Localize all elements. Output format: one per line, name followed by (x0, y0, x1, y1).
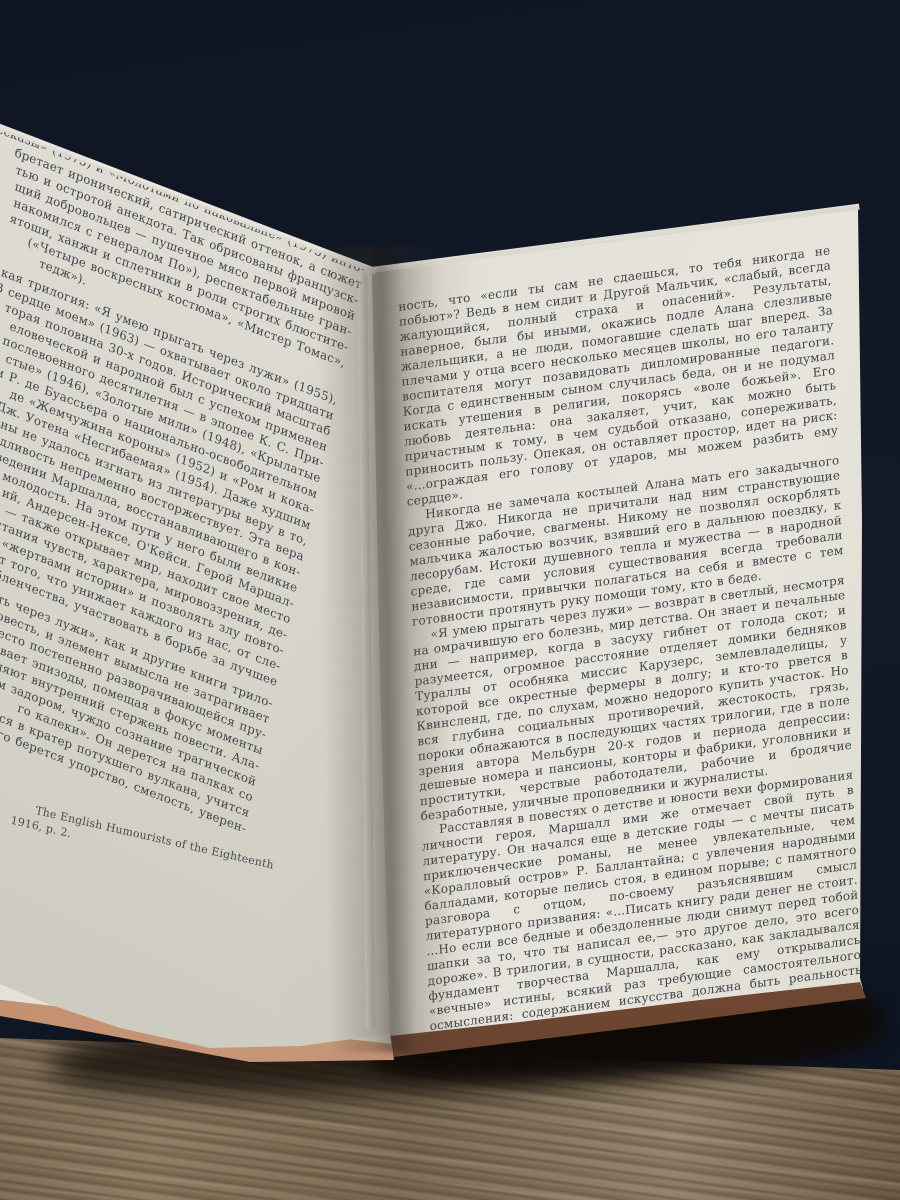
text-line: вляют внутренний стержень повести. Ала- (0, 541, 261, 774)
text-line: гать через лужи», как и другие книги три… (0, 478, 274, 711)
text-line: бретает иронический, сатирический оттено… (0, 60, 363, 293)
text-line: от того, что унижает каждого из нас, от … (0, 441, 282, 674)
text-line: обленчества, участвовать в борьбе за луч… (0, 457, 279, 690)
text-line: го калеки». Он дерется на палках со (0, 572, 254, 805)
text-line: овесть, и элемент вымысла не затрагивает (0, 494, 271, 727)
text-line: и молодость. На этом пути у него были ве… (0, 363, 299, 596)
left-page-paragraph-3: гать через лужи», как и другие книги три… (0, 478, 274, 837)
text-line: е послевоенного десятилетия — в эпопее К… (0, 238, 326, 471)
book-photo-scene: чувствие слабым, бедным, угнетенным, нес… (0, 0, 900, 1200)
text-line: ским задором, чуждо сознание трагической (0, 556, 258, 789)
paragraph-gap (0, 169, 340, 393)
text-line: стые» (1946), «Золотые мили» (1948), «Кр… (0, 253, 322, 486)
text-line: де «Жемчужина короны» (1952) и «Ром и ко… (0, 285, 316, 518)
left-page-footnote: The English Humourists of the Eighteenth… (0, 761, 275, 887)
right-page-text: ность, что «если ты сам не сдаешься, то … (398, 243, 864, 1069)
text-line: ссказы» (1973) и «Молотами по наковальне… (0, 44, 367, 277)
text-line: у него берется упорство, смелость, увере… (0, 603, 248, 836)
text-line: щий добровольцев — пушечное мясо первой … (0, 91, 357, 324)
text-line: и Р. де Буассьера о национально-освободи… (0, 269, 319, 502)
text-line: 1916, p. 2. (0, 776, 72, 841)
text-line: еловеческой и народной был с успехом при… (0, 222, 329, 455)
text-line: Дж. Уотена «Несгибаемая» (1954). Даже ху… (0, 300, 312, 533)
text-line: Вместо постепенно разворачивающейся пру- (0, 510, 268, 743)
text-line: ть «жертвами истории» и позволять злу по… (0, 425, 286, 658)
text-line: едливость непременно восторжествует. Эта… (0, 332, 306, 565)
text-line: тся в кратер потухшего вулкана, учится (0, 588, 251, 821)
text-line: ий, Андерсен-Нексе, О'Кейси. Герой Марша… (0, 378, 296, 611)
text-line: кая трилогия: «Я умею прыгать через лужи… (0, 175, 339, 408)
text-line: ны не удалось изгнать из литературы веру… (0, 316, 309, 549)
text-line: The English Humourists of the Eighteenth (0, 761, 275, 873)
text-line: спитания чувств, характера, мировоззрени… (0, 410, 289, 643)
text-line: ведении Маршалла, восстанавливающего в к… (0, 347, 302, 580)
text-line: В сердце моем» (1963) — охватывает около… (0, 191, 335, 424)
paragraph-gap (0, 472, 276, 696)
text-line: («Четыре воскресных костюма», «Мистер То… (0, 138, 347, 371)
text-line: ыта — также открывает мир, находит свое … (0, 394, 292, 627)
text-line: тедж»). (0, 154, 88, 289)
text-line: торая половина 30-х годов. Исторический … (0, 206, 332, 439)
text-line: накомился с генералом По»), респектабель… (0, 107, 353, 340)
left-page-paragraph-2: кая трилогия: «Я умею прыгать через лужи… (0, 175, 339, 690)
text-line: раивает эпизоды, помещая в фокус моменты (0, 525, 264, 758)
left-page-paragraph-1: чувствие слабым, бедным, угнетенным, нес… (0, 28, 370, 387)
